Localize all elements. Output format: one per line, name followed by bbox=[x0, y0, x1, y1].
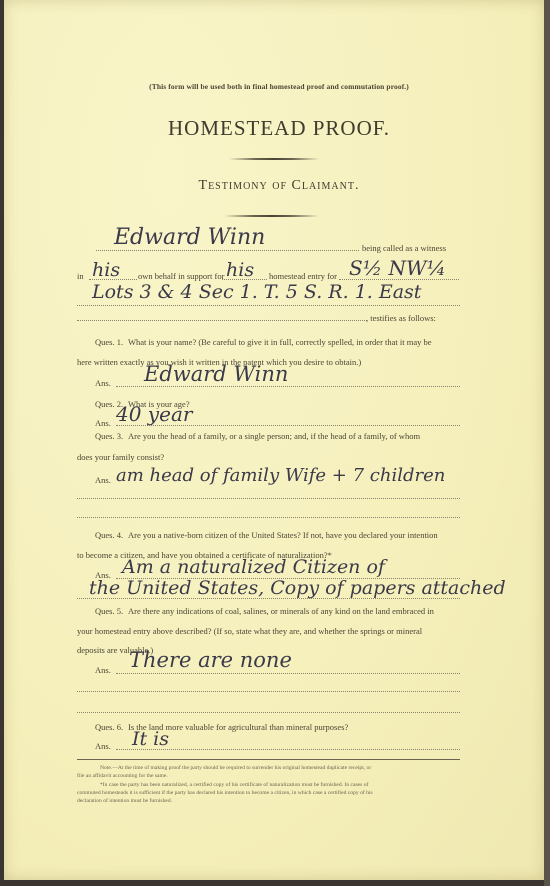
q1-ans-label: Ans. bbox=[95, 378, 111, 388]
footnote-star-line-1: *In case the party has been naturalized,… bbox=[100, 782, 368, 788]
q4-answer-field-1[interactable]: Am a naturalized Citizen of bbox=[122, 556, 385, 578]
testifies-label: , testifies as follows: bbox=[366, 313, 436, 323]
pronoun-field-1[interactable]: his bbox=[92, 259, 120, 281]
answer-line bbox=[77, 517, 460, 518]
q3-answer-field[interactable]: am head of family Wife + 7 children bbox=[116, 465, 445, 486]
witness-name-field[interactable]: Edward Winn bbox=[114, 225, 265, 250]
section-heading: Testimony of Claimant. bbox=[4, 178, 550, 194]
q1-label: Ques. 1. bbox=[95, 337, 123, 347]
note-line-2: file an affidavit accounting for the sam… bbox=[77, 773, 168, 779]
footnote-divider bbox=[77, 759, 460, 760]
q1-answer-field[interactable]: Edward Winn bbox=[144, 362, 288, 386]
land-line-2 bbox=[77, 305, 460, 306]
being-called-label: being called as a witness bbox=[362, 243, 446, 253]
page-edge bbox=[544, 0, 550, 886]
document-page: (This form will be used both in final ho… bbox=[4, 0, 545, 880]
q3-ans-label: Ans. bbox=[95, 475, 111, 485]
q4-label: Ques. 4. bbox=[95, 530, 123, 540]
land-description-field-2[interactable]: Lots 3 & 4 Sec 1. T. 5 S. R. 1. East bbox=[92, 281, 421, 303]
answer-line bbox=[77, 498, 460, 499]
q2-ans-label: Ans. bbox=[95, 418, 111, 428]
footnote-star-line-3: declaration of intention must be furnish… bbox=[77, 798, 172, 804]
homestead-entry-label: homestead entry for bbox=[269, 271, 337, 281]
q3-text-1: Are you the head of a family, or a singl… bbox=[128, 431, 420, 441]
q5-ans-label: Ans. bbox=[95, 665, 111, 675]
answer-line bbox=[77, 691, 460, 692]
q4-answer-field-2[interactable]: the United States, Copy of papers attach… bbox=[89, 577, 506, 599]
own-behalf-label: own behalf in support for bbox=[138, 271, 224, 281]
blank-line bbox=[77, 320, 367, 321]
ornament-divider bbox=[229, 158, 319, 160]
q6-label: Ques. 6. bbox=[95, 722, 123, 732]
ornament-divider bbox=[224, 215, 319, 217]
q1-text-1: What is your name? (Be careful to give i… bbox=[128, 337, 432, 347]
q6-ans-label: Ans. bbox=[95, 741, 111, 751]
q5-text-1: Are there any indications of coal, salin… bbox=[128, 606, 434, 616]
witness-name-line bbox=[96, 250, 359, 251]
q3-text-2: does your family consist? bbox=[77, 452, 164, 462]
land-description-field-1[interactable]: S½ NW¼ bbox=[349, 256, 446, 280]
q3-label: Ques. 3. bbox=[95, 431, 123, 441]
answer-line bbox=[116, 673, 460, 674]
q5-label: Ques. 5. bbox=[95, 606, 123, 616]
q5-text-2: your homestead entry above described? (I… bbox=[77, 626, 422, 636]
pronoun-field-2[interactable]: his bbox=[226, 259, 254, 281]
page-title: HOMESTEAD PROOF. bbox=[4, 116, 550, 141]
footnote-star-line-2: commuted homesteads it is sufficient if … bbox=[77, 790, 373, 796]
note-line-1: Note.—At the time of making proof the pa… bbox=[100, 765, 371, 771]
in-label: in bbox=[77, 271, 84, 281]
q6-answer-field[interactable]: It is bbox=[132, 728, 169, 750]
form-subtitle: (This form will be used both in final ho… bbox=[4, 82, 550, 91]
answer-line bbox=[116, 386, 460, 387]
q4-text-1: Are you a native-born citizen of the Uni… bbox=[128, 530, 438, 540]
q5-answer-field[interactable]: There are none bbox=[129, 648, 292, 672]
q2-answer-field[interactable]: 40 year bbox=[116, 402, 192, 426]
answer-line bbox=[77, 712, 460, 713]
